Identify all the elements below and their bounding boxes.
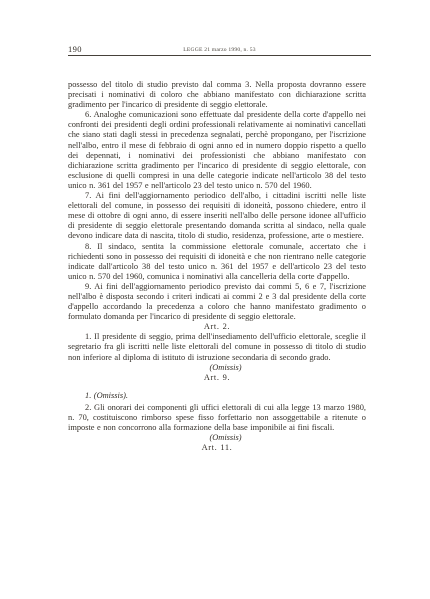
body-paragraph-continuation: possesso del titolo di studio previsto d… <box>68 80 366 110</box>
body-paragraph-comma-8: 8. Il sindaco, sentita la commissione el… <box>68 242 366 282</box>
running-title: LEGGE 21 marzo 1990, n. 53 <box>68 47 371 53</box>
omissis-marker-2: (Omissis) <box>68 433 366 443</box>
article-2-heading: Art. 2. <box>68 322 366 332</box>
page-body: possesso del titolo di studio previsto d… <box>68 80 366 453</box>
article-11-heading: Art. 11. <box>68 443 366 453</box>
article-9-omissis-line: 1. (Omissis). <box>68 391 366 401</box>
article-2-paragraph-1: 1. Il presidente di seggio, prima dell'i… <box>68 332 366 362</box>
article-9-paragraph-2: 2. Gli onorari dei componenti gli uffici… <box>68 403 366 433</box>
document-page: 190 LEGGE 21 marzo 1990, n. 53 possesso … <box>0 0 430 599</box>
body-paragraph-comma-7: 7. Ai fini dell'aggiornamento periodico … <box>68 191 366 241</box>
body-paragraph-comma-9: 9. Ai fini dell'aggiornamento periodico … <box>68 282 366 322</box>
page-header: 190 LEGGE 21 marzo 1990, n. 53 <box>68 40 371 56</box>
omissis-marker-1: (Omissis) <box>68 363 366 373</box>
body-paragraph-comma-6: 6. Analoghe comunicazioni sono effettuat… <box>68 110 366 191</box>
article-9-heading: Art. 9. <box>68 373 366 383</box>
